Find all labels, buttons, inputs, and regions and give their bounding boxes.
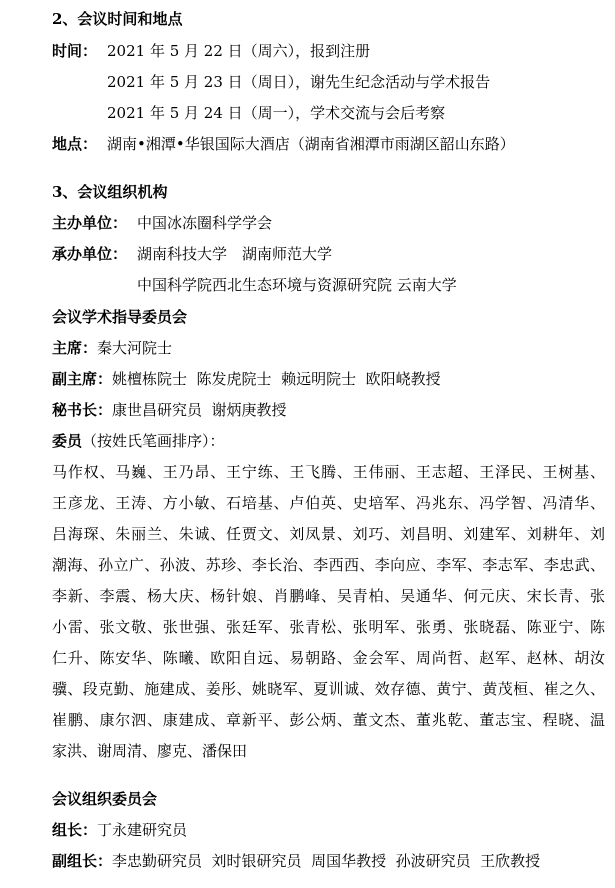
members-label: 委员 <box>52 432 82 450</box>
vice-leader-label: 副组长： <box>52 852 112 870</box>
leader-label: 组长： <box>52 821 97 839</box>
organizer-row: 承办单位： <box>52 244 127 264</box>
location-label: 地点： <box>52 135 97 153</box>
secretary-value: 康世昌研究员 谢炳庚教授 <box>112 401 287 419</box>
time-item-1: 2021 年 5 月 22 日（周六），报到注册 <box>107 41 370 61</box>
member-line: 潮海、孙立广、孙波、苏珍、李长治、李西西、李向应、李军、李志军、李忠武、 <box>52 555 605 575</box>
vice-chair-label: 副主席： <box>52 370 112 388</box>
location-row: 地点： <box>52 134 97 154</box>
organizing-committee-heading: 会议组织委员会 <box>52 789 157 809</box>
members-note: （按姓氏笔画排序）： <box>82 432 225 450</box>
members-header: 委员（按姓氏笔画排序）： <box>52 431 225 451</box>
sponsor-value: 中国冰冻圈科学学会 <box>137 213 272 233</box>
organizer-line-2: 中国科学院西北生态环境与资源研究院 云南大学 <box>137 275 457 295</box>
location-value: 湖南•湘潭•华银国际大酒店（湖南省湘潭市雨湖区韶山东路） <box>107 134 515 154</box>
section-3-heading: 3、会议组织机构 <box>52 182 167 202</box>
member-line: 骥、段克勤、施建成、姜彤、姚晓军、夏训诚、效存德、黄宁、黄茂桓、崔之久、 <box>52 679 605 699</box>
time-item-3: 2021 年 5 月 24 日（周一），学术交流与会后考察 <box>107 103 445 123</box>
member-line: 小雷、张文敬、张世强、张廷军、张青松、张明军、张勇、张晓磊、陈亚宁、陈 <box>52 617 605 637</box>
sponsor-row: 主办单位： <box>52 213 127 233</box>
chair-row: 主席：秦大河院士 <box>52 338 172 358</box>
secretary-row: 秘书长：康世昌研究员 谢炳庚教授 <box>52 400 287 420</box>
chair-label: 主席： <box>52 339 97 357</box>
time-row-1: 时间： <box>52 41 97 61</box>
time-item-2: 2021 年 5 月 23 日（周日），谢先生纪念活动与学术报告 <box>107 72 490 92</box>
vice-leader-row: 副组长：李忠勤研究员 刘时银研究员 周国华教授 孙波研究员 王欣教授 <box>52 851 540 871</box>
member-line: 王彦龙、王涛、方小敏、石培基、卢伯英、史培军、冯兆东、冯学智、冯清华、 <box>52 493 605 513</box>
member-line: 仁升、陈安华、陈曦、欧阳自远、易朝路、金会军、周尚哲、赵军、赵林、胡汝 <box>52 648 605 668</box>
academic-committee-heading: 会议学术指导委员会 <box>52 307 187 327</box>
time-label: 时间： <box>52 42 97 60</box>
chair-value: 秦大河院士 <box>97 339 172 357</box>
vice-chair-row: 副主席：姚檀栋院士 陈发虎院士 赖远明院士 欧阳峣教授 <box>52 369 441 389</box>
organizer-line-1: 湖南科技大学 湖南师范大学 <box>137 244 332 264</box>
sponsor-label: 主办单位： <box>52 214 127 232</box>
organizer-label: 承办单位： <box>52 245 127 263</box>
vice-chair-value: 姚檀栋院士 陈发虎院士 赖远明院士 欧阳峣教授 <box>112 370 441 388</box>
member-line: 李新、李震、杨大庆、杨针娘、肖鹏峰、吴青柏、吴通华、何元庆、宋长青、张 <box>52 586 605 606</box>
member-line: 崔鹏、康尔泗、康建成、章新平、彭公炳、董文杰、董兆乾、董志宝、程晓、温 <box>52 710 605 730</box>
member-line: 马作权、马巍、王乃昂、王宁练、王飞腾、王伟丽、王志超、王泽民、王树基、 <box>52 462 605 482</box>
leader-row: 组长：丁永建研究员 <box>52 820 187 840</box>
section-2-heading: 2、会议时间和地点 <box>52 9 182 29</box>
leader-value: 丁永建研究员 <box>97 821 187 839</box>
member-line: 吕海琛、朱丽兰、朱诚、任贾文、刘凤景、刘巧、刘昌明、刘建军、刘耕年、刘 <box>52 524 605 544</box>
secretary-label: 秘书长： <box>52 401 112 419</box>
vice-leader-value: 李忠勤研究员 刘时银研究员 周国华教授 孙波研究员 王欣教授 <box>112 852 540 870</box>
member-line: 家洪、谢周清、廖克、潘保田 <box>52 741 605 761</box>
